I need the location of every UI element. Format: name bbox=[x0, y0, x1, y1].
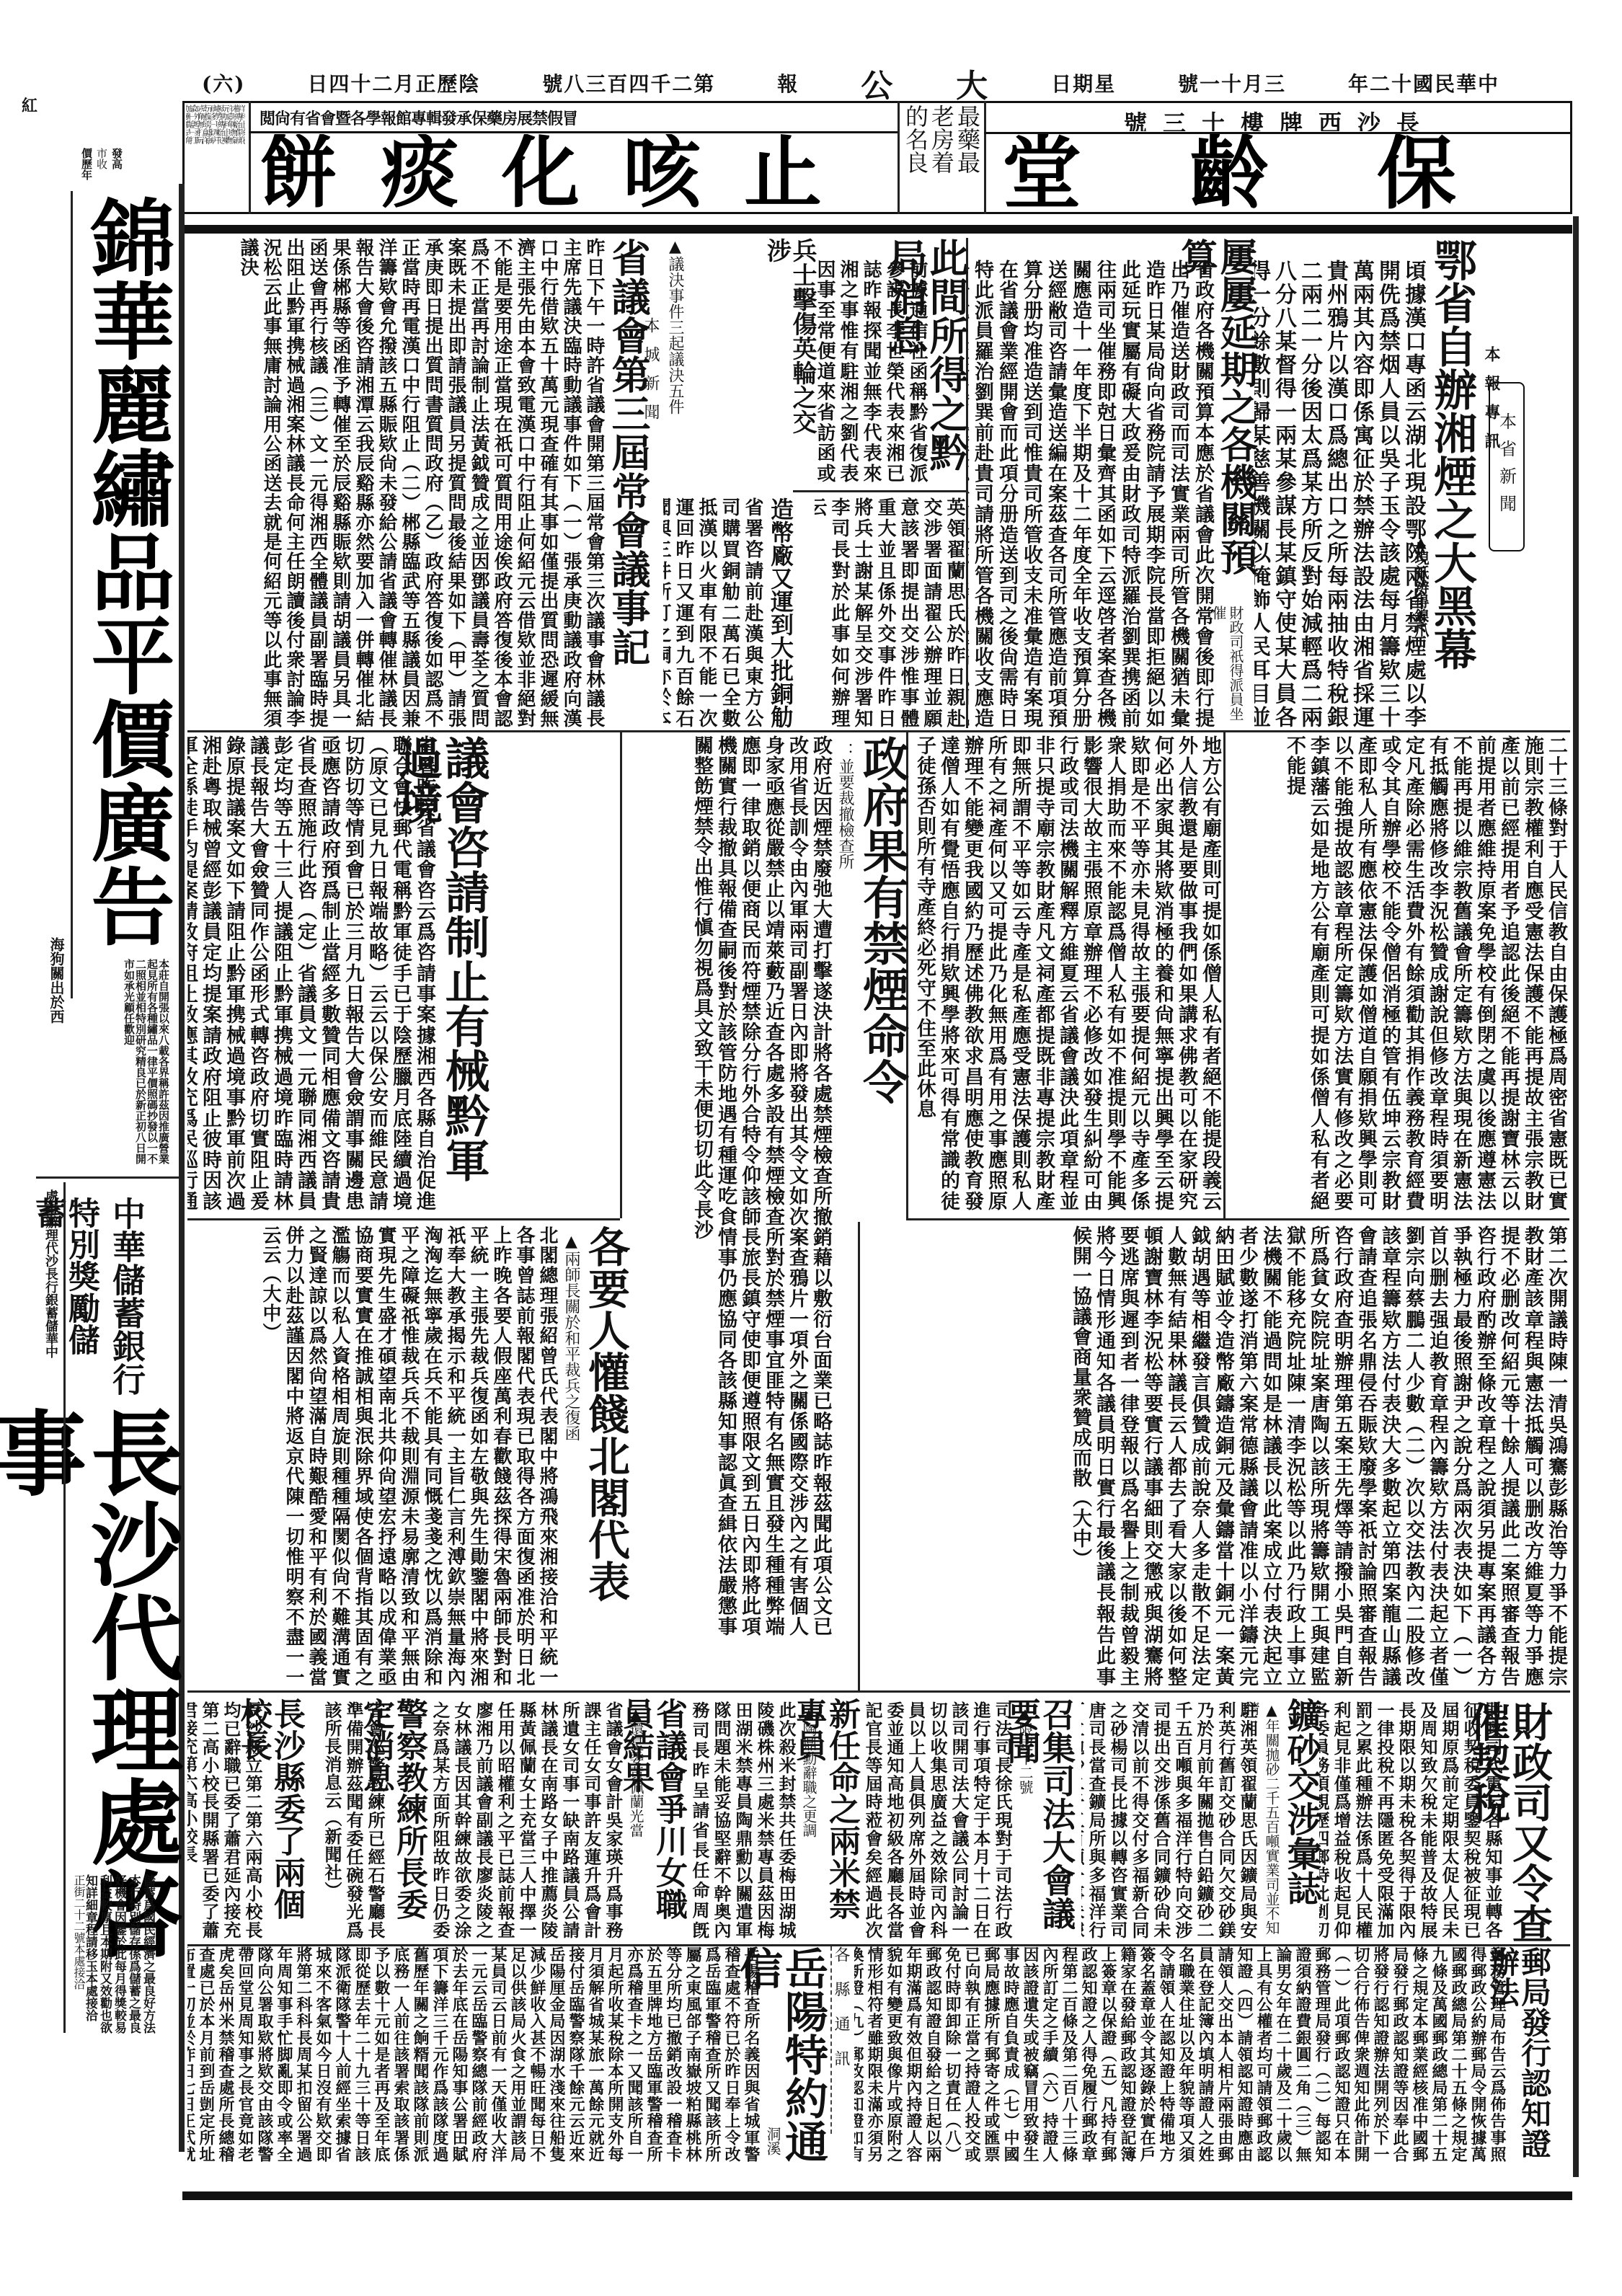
article-schools-title: 長沙縣委了兩個校長 bbox=[267, 1698, 303, 1943]
county-news-label: 各縣通訊 bbox=[830, 1946, 851, 2134]
local-news-label: 本省新聞 bbox=[1489, 382, 1525, 551]
bottom-rule bbox=[182, 2191, 1572, 2200]
row-divider bbox=[187, 1690, 1570, 1693]
cough-ad-header: 閲尙有省會暨各學報館專輯發承保藥房展禁假冒 bbox=[260, 107, 894, 131]
article-women-subtitle: ▲還是委黃佩蘭光當 bbox=[627, 1705, 646, 1863]
article-women-title: 省議會爭川女職員結果 bbox=[649, 1698, 685, 1943]
paper-name-3: 大 bbox=[956, 60, 989, 106]
article-police-title: 警察教練所長委定消息 bbox=[389, 1698, 425, 1943]
article-budget-body: 省政府各機關預算本應於省議會此次開常會後即行提出乃催造送財政司而司法實業兩司所管… bbox=[966, 260, 1215, 728]
cough-ad-columns: 羊料止咳化 餅專治傷痰 末咳嗽無氣 洋壹角咳無 元加料止嗽 痰餅專治送 處勞咳嗽… bbox=[186, 105, 245, 210]
agency-address: 處事辦理代沙長行銀蓄儲華中 bbox=[36, 1189, 58, 1910]
page-number: (六) bbox=[202, 68, 246, 97]
article-antimony-subtitle: ▲年關拋砂二千五百噸實業司並不知情 bbox=[1262, 1701, 1282, 1939]
local-news-label-text: 本省新聞 bbox=[1494, 412, 1520, 522]
article-antimony-body: 駐湘英領翟蘭思氏因鑛局與安利英行舊訂交砂合同欠交砂鎂乃於月前年關拋售白鉛鑛砂二千… bbox=[1081, 1701, 1258, 1939]
left-notice: 發高 市收 價歷年 bbox=[4, 148, 123, 184]
year: 年二十國民華中 bbox=[1348, 68, 1499, 97]
silk-ad-title: 錦華麗繡品平價廣告 bbox=[83, 195, 169, 959]
section-rule bbox=[182, 225, 1572, 234]
row-divider bbox=[187, 1218, 620, 1220]
divider bbox=[1223, 732, 1226, 1218]
left-notice-char: 紅 bbox=[22, 94, 37, 116]
article-judicial-title: 召集司法大會議要聞 bbox=[1038, 1698, 1074, 1943]
article-mint-title: 造幣廠又運到大批銅觔 bbox=[768, 497, 792, 728]
pharmacy-name: 堂齡保 bbox=[998, 134, 1568, 213]
lunar-date: 日四十二月正歷陰 bbox=[307, 68, 480, 97]
article-guizhou-title: 此間所得之黔局消息 bbox=[930, 238, 966, 476]
divider bbox=[36, 1176, 180, 1179]
article-yueyang-body: 岳陽稽查所名義因與省城軍警稽查處不符已於昨日奉上令改爲岳臨軍警稽查所又聞該所所屬… bbox=[187, 1946, 761, 2163]
cough-ad-title: 餅痰化咳止 bbox=[260, 134, 887, 213]
article-rice-title: 新任命之兩米禁專員 bbox=[822, 1698, 858, 1943]
pharmacy-address: 號三十樓牌西沙長 bbox=[998, 105, 1561, 131]
notice-col: 發高 bbox=[110, 148, 123, 184]
article-arms-title: 議會咨請制止有械黔軍過境 bbox=[440, 735, 487, 1211]
article-assembly-title: 省議會第三屆常會議事記 bbox=[609, 238, 648, 706]
notice-col: 價歷年 bbox=[80, 148, 92, 184]
article-assembly-body: 昨日下午一時許省議會開第三屆常會第三次議事會林議長主席先議決臨時動議事件如下（一… bbox=[187, 238, 606, 728]
article-ship-title: 兵士擊傷英輪之交涉 bbox=[793, 238, 815, 454]
article-ship-body: 英領翟蘭思氏於昨日親赴交涉署面請翟公辦理並願意該署即提出交涉惟事體重大並且係外交… bbox=[815, 497, 966, 728]
article-arms-body: 省署昨接省議會咨云爲咨請事案據湘西各縣自治促進聯合會快郵代電稱黔軍徒手已于陰歷臘… bbox=[187, 735, 436, 1211]
divider bbox=[249, 101, 251, 214]
solar-date: 號一十月三 bbox=[1178, 68, 1286, 97]
article-opium-title: 鄂省自辦湘煙之大黑幕 bbox=[1431, 238, 1474, 728]
article-mint-body: 省署咨請前赴漢與東方公司購買銅觔二萬石已全數抵漢以火車有限不能一次運回昨日又運到… bbox=[663, 497, 764, 728]
bank-subtitle: 特別獎勵儲蓄 bbox=[61, 1197, 97, 1384]
article-guizhou-body: 前據通信社函稱黔省復派參謀長李世榮代表來湘已誌昨報探聞並無李代表來湘之事惟有駐湘… bbox=[813, 260, 929, 483]
divider bbox=[858, 1222, 860, 1690]
divider bbox=[63, 1182, 66, 2033]
row-divider bbox=[187, 730, 1570, 732]
article-women-body: 省議會女會計吳家瑛升爲事務課主任女司事許友蓮升爲會計所遺女司事一缺南路議員公請林… bbox=[433, 1701, 624, 1939]
article-judicial-subtitle: ▲限定十二號 bbox=[1016, 1705, 1035, 1820]
page-right-rule bbox=[1573, 216, 1579, 2177]
article-religion3-body: 第二次開議時陳一清吳鴻騫彭縣治等力爭不能提宗教財產該章程與憲法抵觸可以删改方維夏… bbox=[908, 1225, 1568, 1687]
article-yueyang-subtitle: 洞溪 bbox=[764, 2127, 783, 2170]
article-religion-body: 二十三條對于人民信教自由保護極爲周密省憲既已實施則宗教權利自應受憲法保護不能再提… bbox=[1226, 735, 1568, 1211]
article-finance-body: 財政司代電云各縣知事並轉各征收契稅委員鑒契稅被征現已屆期原爲前定期限太促人民未及… bbox=[1319, 1701, 1503, 1939]
article-schools-body: 長沙縣立第二第六兩高小校長均已辭職已委了蕭君延內接充第二高小校長開縣署已委了蕭君… bbox=[187, 1701, 263, 1939]
article-postal-body: 郵務管理局布告云爲佈告事照得郵政公約辦郵局令開恢據萬國郵政總局第二十五條之規定九… bbox=[854, 1946, 1507, 2163]
paper-name-2: 公 bbox=[861, 60, 894, 106]
article-opium-body: 頃據漢口專函云湖北現設鄂陝兩省禁煙處以李開侁爲禁烟人員以吳子玉令該處每月籌欵三十… bbox=[1254, 260, 1426, 728]
cough-ad-col: 羊料止咳化 bbox=[241, 105, 245, 210]
divider bbox=[898, 101, 900, 214]
article-antimony-title: 鑛砂交涉彙誌 bbox=[1283, 1698, 1319, 1943]
article-north-subtitle: ▲兩師長關於和平裁兵之復函 bbox=[562, 1233, 581, 1449]
article-rice-body: 此次殺米封禁共任委梅田湖城陵磯株州三處米禁專員茲因梅田湖米禁專員陶鼎勳以關遣軍隊… bbox=[688, 1701, 797, 1939]
article-rice-subtitle: ▲陶鼎勳辭職之更調 bbox=[800, 1705, 819, 1863]
issue-number: 號八三百四千二第 bbox=[542, 68, 715, 97]
slogan-col: 老房着 bbox=[929, 105, 954, 210]
slogan-col: 最藥最 bbox=[954, 105, 980, 210]
pharmacy-slogan: 最藥最 老房着 的名良 bbox=[901, 105, 980, 210]
weekday: 日期星 bbox=[1051, 68, 1116, 97]
divider bbox=[71, 191, 73, 998]
divider bbox=[984, 101, 986, 214]
article-north-body: 北閣總理張紹曾氏代表閣中將鴻飛來湘接洽和平統一各事曾誌前報閣代表現已取得各方面復… bbox=[187, 1225, 559, 1687]
article-religion2-body: 地方公有廟產則可提如係僧人私有者絕不能提段義云外人信教還是要做事我們如果講求佛教… bbox=[908, 735, 1222, 1211]
masthead: (六) 日四十二月正歷陰 號八三百四千二第 報 公 大 日期星 號一十月三 年二… bbox=[202, 68, 1499, 97]
row-divider bbox=[906, 1218, 1569, 1220]
article-ban-title: 政府果有禁煙命令 bbox=[858, 735, 905, 1211]
agency-footer: 正街二十二號本處接洽 bbox=[71, 1874, 85, 2040]
article-assembly-subtitle: ▲議決事件三起議決五件 bbox=[663, 238, 685, 483]
divider bbox=[620, 732, 622, 1218]
notice-col: 市收 bbox=[95, 148, 107, 184]
article-judicial-body: 司法司長徐氏現對于司法行政進行事項特定于本月十二日在該司開司法大會議公同討論一切… bbox=[861, 1701, 1013, 1939]
article-budget-title: 屢屢延期之各機關預算 bbox=[1218, 238, 1254, 598]
slogan-col: 的名良 bbox=[903, 105, 929, 210]
article-ban-body: 政府近因煙禁廢弛大遭打擊遂決計將各處禁煙檢查所撤銷藉以敷衍台面業已略誌昨報茲聞此… bbox=[627, 735, 833, 1636]
silk-ad-text: 本莊自開張以來八載各界稱許茲因推廣營業起見所有各種繡品一律平價照碼抄發以一不二照… bbox=[90, 959, 169, 1168]
article-yueyang-title: 岳陽特約通信 bbox=[782, 1946, 825, 2163]
divider bbox=[249, 131, 898, 133]
divider bbox=[793, 490, 966, 492]
article-north-title: 各要人懽餞北閣代表 bbox=[584, 1225, 627, 1672]
article-postal-title: 郵局發行認知證辦法 bbox=[1510, 1946, 1550, 2163]
article-finance-title: 財政司又令查催契稅 bbox=[1507, 1701, 1550, 1946]
silk-ad-address: 海狗關出於西 bbox=[43, 937, 65, 1175]
article-police-body: 省會巡警教練所已經石警廳長準備開辦茲聞有委任碗發光爲該所長消息云（新聞社） bbox=[310, 1701, 386, 1939]
paper-name-1: 報 bbox=[777, 68, 799, 97]
article-ban-subtitle: ：並要裁撤檢查所 bbox=[836, 743, 855, 1218]
article-budget-subtitle: 財政司祇得派員坐催 bbox=[1226, 606, 1244, 728]
bank-name: 中華儲蓄銀行 bbox=[108, 1197, 144, 1399]
